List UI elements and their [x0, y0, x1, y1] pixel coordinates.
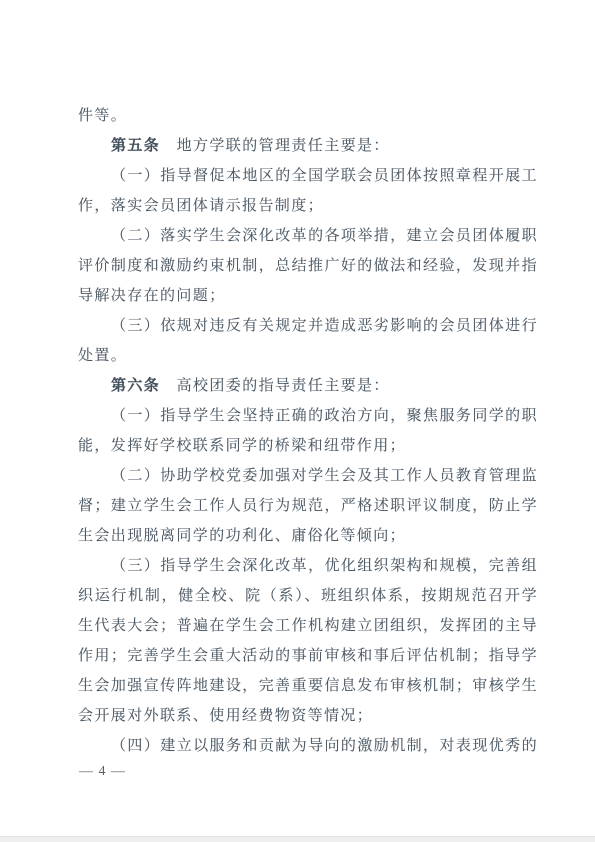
paragraph: 第六条 高校团委的指导责任主要是： — [78, 371, 538, 401]
text-line: 作用；完善学生会重大活动的事前审核和事后评估机制；指导学 — [78, 641, 538, 671]
text-line: 生会出现脱离同学的功利化、庸俗化等倾向； — [78, 521, 538, 551]
text-segment: （三）依规对违反有关规定并造成恶劣影响的会员团体进行 — [111, 318, 538, 334]
text-segment: 件等。 — [78, 108, 127, 124]
text-segment: 生会加强宣传阵地建设，完善重要信息发布审核机制；审核学生 — [78, 678, 538, 694]
article-number: 第五条 — [111, 138, 160, 154]
text-segment: 督；建立学生会工作人员行为规范，严格述职评议制度，防止学 — [78, 498, 538, 514]
paragraph: 件等。 — [78, 101, 538, 131]
text-segment: （三）指导学生会深化改革，优化组织架构和规模，完善组 — [111, 558, 538, 574]
text-segment: 处置。 — [78, 348, 127, 364]
text-segment: （二）落实学生会深化改革的各项举措，建立会员团体履职 — [111, 228, 538, 244]
text-line: （三）依规对违反有关规定并造成恶劣影响的会员团体进行 — [78, 311, 538, 341]
paragraph: 第五条 地方学联的管理责任主要是： — [78, 131, 538, 161]
text-line: 作，落实会员团体请示报告制度； — [78, 191, 538, 221]
text-segment: 能，发挥好学校联系同学的桥梁和纽带作用； — [78, 438, 406, 454]
text-line: 能，发挥好学校联系同学的桥梁和纽带作用； — [78, 431, 538, 461]
text-line: 生代表大会；普遍在学生会工作机构建立团组织，发挥团的主导 — [78, 611, 538, 641]
text-segment: （四）建立以服务和贡献为导向的激励机制，对表现优秀的 — [111, 738, 538, 754]
text-line: （一）指导督促本地区的全国学联会员团体按照章程开展工 — [78, 161, 538, 191]
text-line: （四）建立以服务和贡献为导向的激励机制，对表现优秀的 — [78, 731, 538, 761]
text-line: 件等。 — [78, 101, 538, 131]
paragraph: （三）指导学生会深化改革，优化组织架构和规模，完善组织运行机制，健全校、院（系）… — [78, 551, 538, 731]
text-segment: 生会出现脱离同学的功利化、庸俗化等倾向； — [78, 528, 406, 544]
text-segment: 高校团委的指导责任主要是： — [160, 378, 390, 394]
text-line: 第五条 地方学联的管理责任主要是： — [78, 131, 538, 161]
article-number: 第六条 — [111, 378, 160, 394]
text-segment: 织运行机制，健全校、院（系）、班组织体系，按期规范召开学 — [78, 588, 538, 604]
text-segment: （一）指导督促本地区的全国学联会员团体按照章程开展工 — [111, 168, 538, 184]
paragraph: （三）依规对违反有关规定并造成恶劣影响的会员团体进行处置。 — [78, 311, 538, 371]
text-line: 会开展对外联系、使用经费物资等情况； — [78, 701, 538, 731]
text-segment: （二）协助学校党委加强对学生会及其工作人员教育管理监 — [111, 468, 538, 484]
text-line: （三）指导学生会深化改革，优化组织架构和规模，完善组 — [78, 551, 538, 581]
text-line: 生会加强宣传阵地建设，完善重要信息发布审核机制；审核学生 — [78, 671, 538, 701]
text-segment: 导解决存在的问题； — [78, 288, 226, 304]
text-segment: 生代表大会；普遍在学生会工作机构建立团组织，发挥团的主导 — [78, 618, 538, 634]
text-line: 织运行机制，健全校、院（系）、班组织体系，按期规范召开学 — [78, 581, 538, 611]
document-body: 件等。第五条 地方学联的管理责任主要是：（一）指导督促本地区的全国学联会员团体按… — [78, 101, 538, 761]
document-page: 件等。第五条 地方学联的管理责任主要是：（一）指导督促本地区的全国学联会员团体按… — [0, 0, 595, 842]
paragraph: （一）指导督促本地区的全国学联会员团体按照章程开展工作，落实会员团体请示报告制度… — [78, 161, 538, 221]
paragraph: （二）协助学校党委加强对学生会及其工作人员教育管理监督；建立学生会工作人员行为规… — [78, 461, 538, 551]
text-line: 处置。 — [78, 341, 538, 371]
paragraph: （二）落实学生会深化改革的各项举措，建立会员团体履职评价制度和激励约束机制，总结… — [78, 221, 538, 311]
text-line: （二）落实学生会深化改革的各项举措，建立会员团体履职 — [78, 221, 538, 251]
text-segment: 作，落实会员团体请示报告制度； — [78, 198, 324, 214]
text-line: （一）指导学生会坚持正确的政治方向，聚焦服务同学的职 — [78, 401, 538, 431]
text-segment: 地方学联的管理责任主要是： — [160, 138, 390, 154]
text-segment: 作用；完善学生会重大活动的事前审核和事后评估机制；指导学 — [78, 648, 538, 664]
page-number: — 4 — — [79, 762, 126, 782]
text-line: 督；建立学生会工作人员行为规范，严格述职评议制度，防止学 — [78, 491, 538, 521]
paragraph: （一）指导学生会坚持正确的政治方向，聚焦服务同学的职能，发挥好学校联系同学的桥梁… — [78, 401, 538, 461]
text-segment: 评价制度和激励约束机制，总结推广好的做法和经验，发现并指 — [78, 258, 538, 274]
text-line: 评价制度和激励约束机制，总结推广好的做法和经验，发现并指 — [78, 251, 538, 281]
text-segment: （一）指导学生会坚持正确的政治方向，聚焦服务同学的职 — [111, 408, 538, 424]
text-line: （二）协助学校党委加强对学生会及其工作人员教育管理监 — [78, 461, 538, 491]
scan-bottom-edge — [0, 836, 595, 842]
paragraph: （四）建立以服务和贡献为导向的激励机制，对表现优秀的 — [78, 731, 538, 761]
text-line: 第六条 高校团委的指导责任主要是： — [78, 371, 538, 401]
text-segment: 会开展对外联系、使用经费物资等情况； — [78, 708, 373, 724]
text-line: 导解决存在的问题； — [78, 281, 538, 311]
